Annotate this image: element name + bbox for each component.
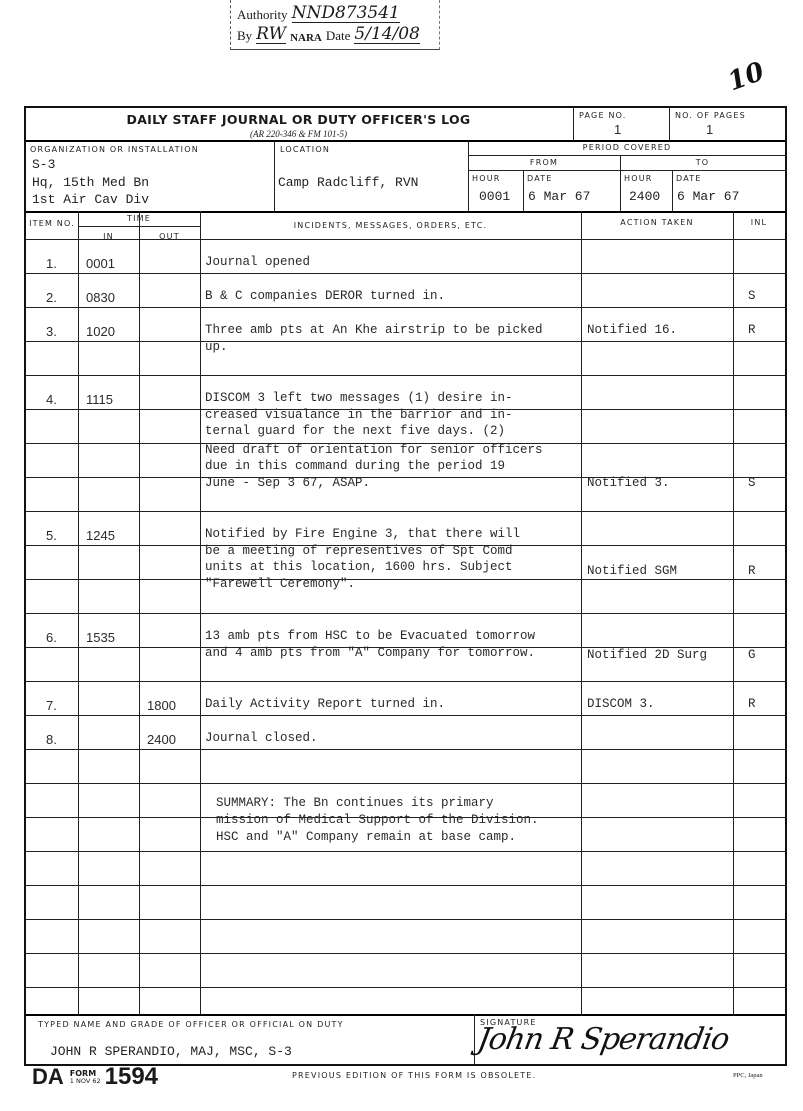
by-initials: RW — [256, 25, 286, 44]
action-taken-header: ACTION TAKEN — [581, 218, 733, 227]
entry-text-line: due in this command during the period 19 — [205, 459, 505, 473]
by-label: By — [237, 28, 252, 44]
entry-time-in: 1020 — [86, 324, 115, 339]
entry-text-line: Daily Activity Report turned in. — [205, 697, 445, 711]
entry-text-line: Journal closed. — [205, 731, 318, 745]
entry-text-line: be a meeting of representives of Spt Com… — [205, 544, 513, 558]
agency-label: NARA — [290, 32, 322, 44]
entry-action: DISCOM 3. — [587, 697, 655, 711]
organization-label: ORGANIZATION OR INSTALLATION — [30, 145, 199, 154]
inl-header: INL — [733, 218, 785, 227]
organization-line-1: S-3 — [32, 157, 55, 172]
entry-text-line: Three amb pts at An Khe airstrip to be p… — [205, 323, 543, 337]
entry-time-in: 0001 — [86, 256, 115, 271]
summary-line: mission of Medical Support of the Divisi… — [216, 813, 539, 827]
entry-item-no: 7. — [46, 698, 57, 713]
from-date-label: DATE — [527, 174, 553, 183]
date-label: Date — [326, 28, 351, 44]
to-hour-label: HOUR — [624, 174, 653, 183]
printer-mark: PPC, Japan — [733, 1072, 763, 1079]
entry-text-line: "Farewell Ceremony". — [205, 577, 355, 591]
form-subtitle: (AR 220-346 & FM 101-5) — [26, 129, 571, 139]
entry-time-in: 1535 — [86, 630, 115, 645]
to-hour-value: 2400 — [629, 189, 660, 204]
entry-initials: R — [748, 697, 756, 711]
location-value: Camp Radcliff, RVN — [278, 175, 418, 190]
form-title: DAILY STAFF JOURNAL OR DUTY OFFICER'S LO… — [26, 112, 571, 127]
entry-text-line: up. — [205, 340, 228, 354]
entry-text-line: DISCOM 3 left two messages (1) desire in… — [205, 391, 513, 405]
entry-text-line: creased visualance in the barrior and in… — [205, 408, 513, 422]
to-date-value: 6 Mar 67 — [677, 189, 739, 204]
incidents-header: INCIDENTS, MESSAGES, ORDERS, ETC. — [200, 221, 581, 230]
authority-label: Authority — [237, 7, 288, 23]
from-date-value: 6 Mar 67 — [528, 189, 590, 204]
stamp-date: 5/14/08 — [354, 25, 420, 44]
entry-time-in: 0830 — [86, 290, 115, 305]
entry-text-line: June - Sep 3 67, ASAP. — [205, 476, 370, 490]
entry-text-line: B & C companies DEROR turned in. — [205, 289, 445, 303]
from-label: FROM — [469, 158, 619, 167]
entry-initials: G — [748, 648, 756, 662]
from-hour-label: HOUR — [472, 174, 501, 183]
entry-item-no: 2. — [46, 290, 57, 305]
entry-time-out: 2400 — [147, 732, 176, 747]
entry-text-line: ternal guard for the next five days. (2) — [205, 424, 505, 438]
entry-item-no: 1. — [46, 256, 57, 271]
entry-item-no: 4. — [46, 392, 57, 407]
no-of-pages-value: 1 — [706, 122, 713, 137]
summary-line: HSC and "A" Company remain at base camp. — [216, 830, 516, 844]
entry-item-no: 8. — [46, 732, 57, 747]
entry-item-no: 5. — [46, 528, 57, 543]
officer-signature: John R Sperandio — [475, 1022, 731, 1057]
form-date: 1 NOV 62 — [70, 1077, 101, 1085]
entry-initials: S — [748, 476, 756, 490]
location-label: LOCATION — [280, 145, 330, 154]
entry-text-line: 13 amb pts from HSC to be Evacuated tomo… — [205, 629, 535, 643]
staff-journal-form: DAILY STAFF JOURNAL OR DUTY OFFICER'S LO… — [24, 106, 787, 1066]
entry-item-no: 3. — [46, 324, 57, 339]
entry-text-line: units at this location, 1600 hrs. Subjec… — [205, 560, 513, 574]
entry-text-line: Notified by Fire Engine 3, that there wi… — [205, 527, 520, 541]
entry-text-line: and 4 amb pts from "A" Company for tomor… — [205, 646, 535, 660]
summary-line: SUMMARY: The Bn continues its primary — [216, 796, 494, 810]
declassification-stamp: Authority NND873541 By RW NARA Date 5/14… — [230, 0, 440, 50]
entry-action: Notified 16. — [587, 323, 677, 337]
obsolete-notice: PREVIOUS EDITION OF THIS FORM IS OBSOLET… — [292, 1071, 536, 1080]
form-identifier: DA FORM 1 NOV 62 1594 — [32, 1066, 158, 1088]
page-no-label: PAGE NO. — [579, 111, 627, 120]
form-prefix: DA — [32, 1066, 64, 1088]
entry-initials: S — [748, 289, 756, 303]
organization-line-2: Hq, 15th Med Bn — [32, 175, 149, 190]
entry-time-in: 1115 — [86, 392, 113, 407]
to-date-label: DATE — [676, 174, 702, 183]
entry-initials: R — [748, 564, 756, 578]
no-of-pages-label: NO. OF PAGES — [675, 111, 746, 120]
to-label: TO — [620, 158, 785, 167]
entry-time-in: 1245 — [86, 528, 115, 543]
entry-action: Notified SGM — [587, 564, 677, 578]
handwritten-page-mark: 10 — [724, 57, 768, 98]
entry-item-no: 6. — [46, 630, 57, 645]
item-no-header: ITEM NO. — [26, 218, 78, 229]
organization-line-3: 1st Air Cav Div — [32, 192, 149, 207]
entry-text-line: Journal opened — [205, 255, 310, 269]
authority-value: NND873541 — [292, 4, 400, 23]
page-no-value: 1 — [614, 122, 621, 137]
entry-action: Notified 2D Surg — [587, 648, 707, 662]
entry-text-line: Need draft of orientation for senior off… — [205, 443, 543, 457]
form-number: 1594 — [105, 1066, 158, 1088]
period-covered-label: PERIOD COVERED — [469, 143, 785, 152]
officer-name: JOHN R SPERANDIO, MAJ, MSC, S-3 — [50, 1044, 292, 1059]
officer-label: TYPED NAME AND GRADE OF OFFICER OR OFFIC… — [38, 1020, 344, 1029]
from-hour-value: 0001 — [479, 189, 510, 204]
entry-time-out: 1800 — [147, 698, 176, 713]
entry-initials: R — [748, 323, 756, 337]
entry-action: Notified 3. — [587, 476, 670, 490]
form-edition: FORM 1 NOV 62 — [70, 1070, 101, 1085]
